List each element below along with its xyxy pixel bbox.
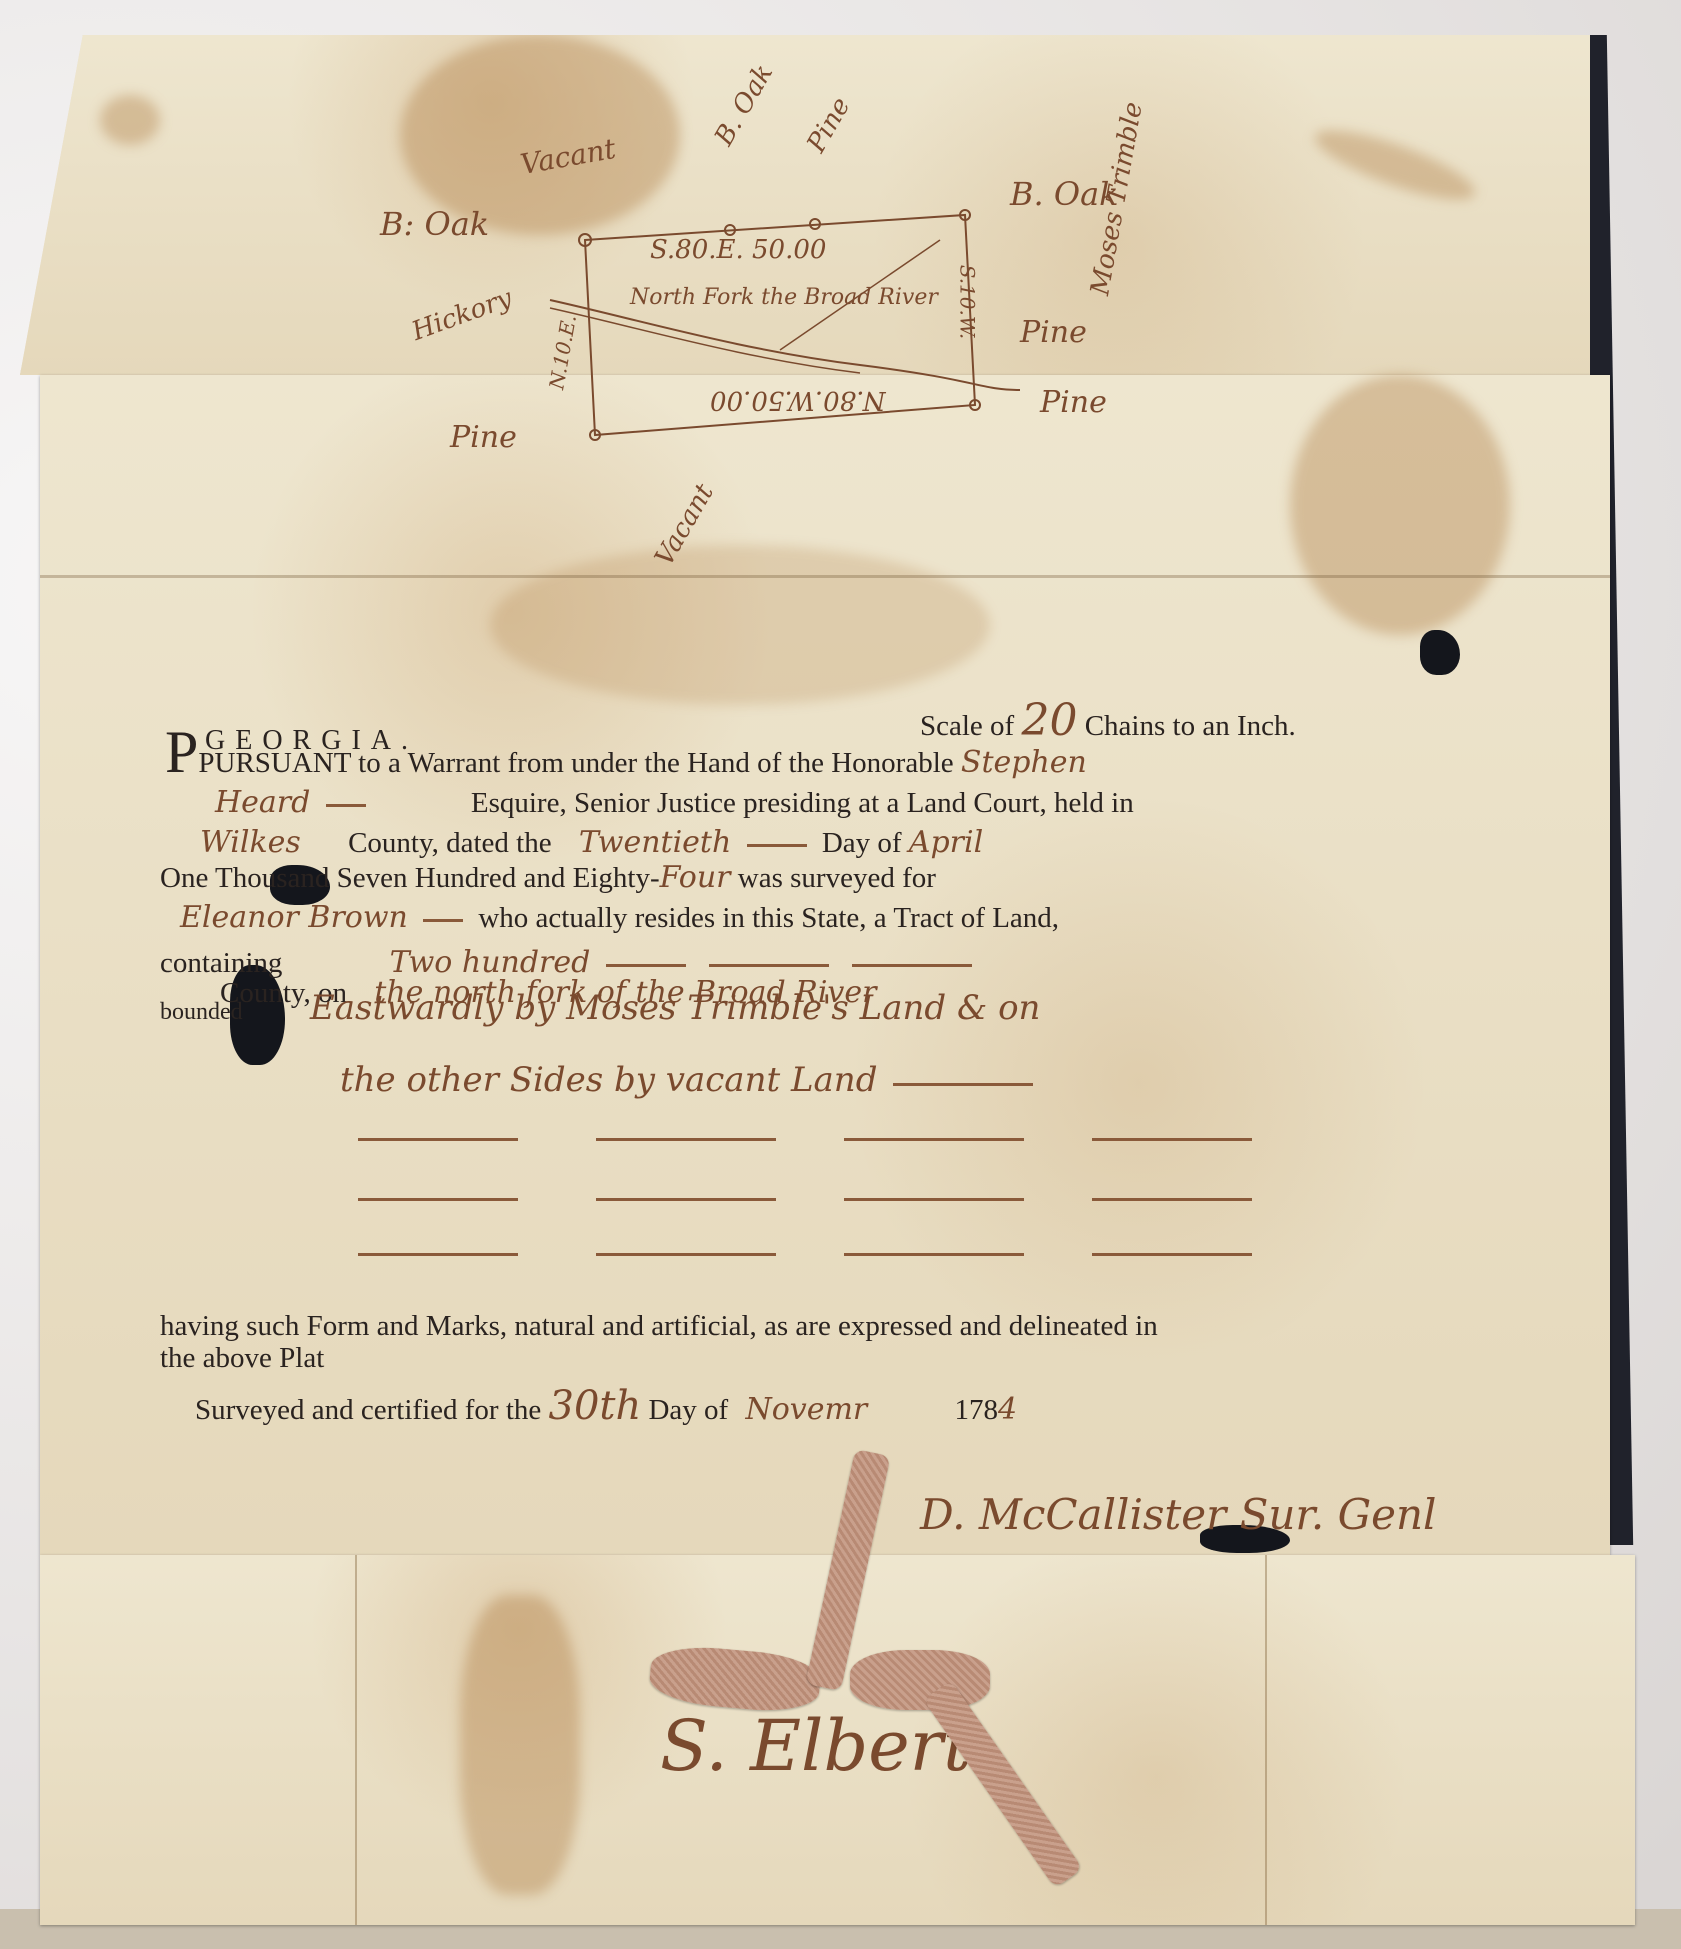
body-line-3: Wilkes County, dated the Twentieth Day o… — [200, 825, 983, 860]
flap-panel — [40, 1555, 357, 1925]
blank-dash — [423, 919, 463, 922]
scale-value: 20 — [1021, 695, 1077, 746]
blank-dash — [709, 964, 829, 967]
ribbon-bow-right — [850, 1650, 990, 1710]
survey-plat: S.80.E. 50.00 North Fork the Broad River… — [560, 200, 1000, 450]
corner-label-right-top: Pine — [1020, 315, 1087, 350]
body-line-8: bounded Eastwardly by Moses Trimble's La… — [160, 988, 1040, 1028]
warrant-month: April — [909, 825, 983, 860]
boundary-east: Eastwardly by Moses Trimble's Land & on — [310, 988, 1041, 1028]
closing-line-2: the above Plat — [160, 1342, 324, 1375]
corner-label-top-left: B: Oak — [380, 205, 489, 243]
drop-cap: P — [165, 719, 198, 785]
certified-day: 30th — [549, 1383, 642, 1429]
body-line-2: Heard Esquire, Senior Justice presiding … — [215, 785, 1134, 820]
county-name: Wilkes — [200, 825, 301, 860]
blank-dash — [326, 804, 366, 807]
water-stain — [1290, 375, 1510, 635]
governor-signature: S. Elbert — [660, 1705, 971, 1787]
body-line-5: Eleanor Brown who actually resides in th… — [180, 900, 1059, 935]
scale-suffix: Chains to an Inch. — [1085, 710, 1296, 742]
certified-printed-a: Surveyed and certified for the — [195, 1394, 541, 1426]
body-line-1: PPURSUANT to a Warrant from under the Ha… — [165, 745, 1087, 780]
water-stain — [490, 545, 990, 705]
corner-label-bottom-left: Pine — [450, 420, 517, 455]
line2-printed: Esquire, Senior Justice presiding at a L… — [471, 787, 1134, 819]
fold-crease — [40, 575, 1610, 578]
blank-dash — [852, 964, 972, 967]
blank-dash — [893, 1083, 1033, 1086]
justice-first-name: Stephen — [961, 745, 1087, 780]
water-stain — [100, 95, 160, 145]
grantee-name: Eleanor Brown — [180, 900, 408, 935]
water-stain — [1308, 117, 1481, 213]
line4-printed-b: was surveyed for — [738, 862, 936, 894]
closing-line-1: having such Form and Marks, natural and … — [160, 1310, 1158, 1343]
scale-line: Scale of 20 Chains to an Inch. — [920, 695, 1296, 746]
plat-top-bearing: S.80.E. 50.00 — [650, 235, 826, 265]
plat-creek-label: North Fork the Broad River — [630, 285, 938, 310]
line1-printed: PURSUANT to a Warrant from under the Han… — [198, 747, 953, 779]
blank-dash — [747, 844, 807, 847]
warrant-year: Four — [660, 860, 731, 895]
line5-printed: who actually resides in this State, a Tr… — [478, 902, 1059, 934]
blank-dash-row — [350, 1245, 1500, 1263]
plat-right-bearing: S.10.W. — [955, 265, 979, 340]
paper-hole — [1420, 630, 1460, 675]
line3-printed-a: County, dated the — [348, 827, 552, 859]
corner-label-right-bottom: Pine — [1040, 385, 1107, 420]
plat-bottom-bearing: N.80.W.50.00 — [710, 385, 886, 415]
boundary-other: the other Sides by vacant Land — [340, 1060, 877, 1100]
body-line-4: One Thousand Seven Hundred and Eighty-Fo… — [160, 860, 936, 895]
water-stain — [460, 1595, 580, 1895]
blank-dash — [606, 964, 686, 967]
certified-line: Surveyed and certified for the 30th Day … — [195, 1383, 1017, 1429]
certified-year-printed: 178 — [955, 1394, 999, 1426]
body-line-9: the other Sides by vacant Land — [340, 1060, 1041, 1100]
justice-last-name: Heard — [215, 785, 310, 820]
certified-printed-b: Day of — [648, 1394, 728, 1426]
line3-printed-b: Day of — [822, 827, 902, 859]
blank-dash-row — [350, 1130, 1500, 1148]
blank-dash-row — [350, 1190, 1500, 1208]
certified-month: Novemr — [745, 1392, 867, 1427]
line4-printed-a: One Thousand Seven Hundred and Eighty- — [160, 862, 660, 894]
surveyor-signature: D. McCallister Sur. Genl — [920, 1490, 1436, 1539]
scale-prefix: Scale of — [920, 710, 1014, 742]
warrant-day: Twentieth — [579, 825, 731, 860]
certified-year-digit: 4 — [998, 1392, 1017, 1427]
bounded-label: bounded — [160, 999, 243, 1025]
